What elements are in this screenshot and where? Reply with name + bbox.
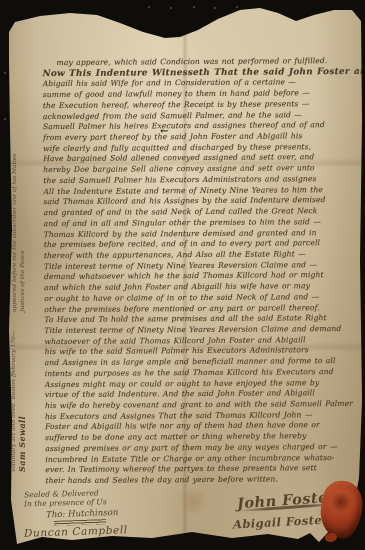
dust-speck bbox=[170, 7, 172, 9]
dust-speck bbox=[193, 6, 195, 8]
dust-speck bbox=[4, 72, 6, 74]
signature-abigail-foster: Abigail Foster bbox=[233, 513, 329, 532]
margin-note-text: and acknowledged this Instrument to be t… bbox=[4, 330, 17, 472]
margin-note-acknowledgment: John Foster Esqr and Abigaill his wife p… bbox=[5, 150, 27, 312]
text-line: Title interest terme of Ninety Nine Year… bbox=[44, 324, 358, 337]
document-body: may appeare, which said Condicion was no… bbox=[43, 56, 360, 487]
ink-stain bbox=[176, 488, 210, 514]
insert-caret-mark: ← bbox=[160, 126, 168, 137]
dust-speck bbox=[214, 7, 216, 9]
manuscript-scan: may appeare, which said Condicion was no… bbox=[0, 0, 365, 550]
text-line: their hands and Seales the day and yeare… bbox=[45, 474, 359, 487]
dust-speck bbox=[148, 6, 150, 8]
witness-signature-hutchinson: Tho: Hutchinson bbox=[46, 507, 128, 520]
margin-signature: Sam Sewall bbox=[19, 320, 26, 472]
dust-speck bbox=[236, 6, 238, 8]
wax-seal-fragment bbox=[325, 533, 337, 542]
paper-sheet: may appeare, which said Condicion was no… bbox=[0, 0, 365, 550]
margin-note-attestation: and acknowledged this Instrument to be t… bbox=[4, 320, 26, 472]
witness-block: Sealed & Delivered In the presence of Us… bbox=[24, 489, 128, 538]
witness-signature-campbell: Duncan Campbell bbox=[24, 524, 128, 540]
dust-speck bbox=[4, 118, 6, 120]
